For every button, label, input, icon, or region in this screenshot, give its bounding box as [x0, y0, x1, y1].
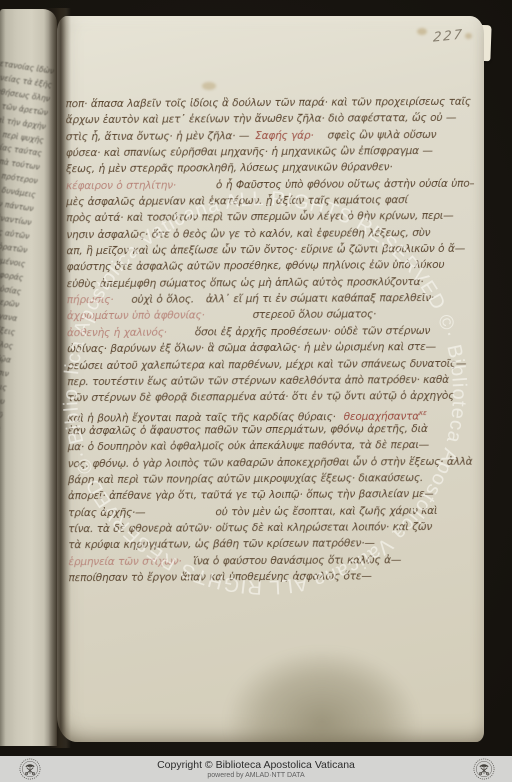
bav-logo-icon [473, 758, 495, 780]
copyright-text: Copyright © Biblioteca Apostolica Vatica… [0, 756, 512, 771]
manuscript-line: πεποίθησαν τὸ ἔργον ἅπαν καὶ ὑποθεμένης … [68, 568, 476, 587]
foxing-spot [465, 33, 472, 39]
manuscript-text-block: ποπ· ἅπασα λαβεῖν τοῖς ἰδίοις ἃ δούλων τ… [66, 94, 477, 587]
powered-by-text: powered by AMLAD·NTT DATA [0, 771, 512, 780]
foxing-spot [417, 28, 427, 35]
foxing-spot [202, 82, 216, 90]
bav-logo-icon [19, 758, 41, 780]
footer-bar: Copyright © Biblioteca Apostolica Vatica… [0, 756, 512, 782]
book-gutter-shadow [44, 8, 71, 748]
parchment-stain [227, 650, 417, 742]
recto-page: ποπ· ἅπασα λαβεῖν τοῖς ἰδίοις ἃ δούλων τ… [57, 16, 484, 742]
manuscript-photo: ς ἅμα· καὶ μετανοίας ἰδὼνων σαφηνείας τὰ… [0, 0, 512, 782]
